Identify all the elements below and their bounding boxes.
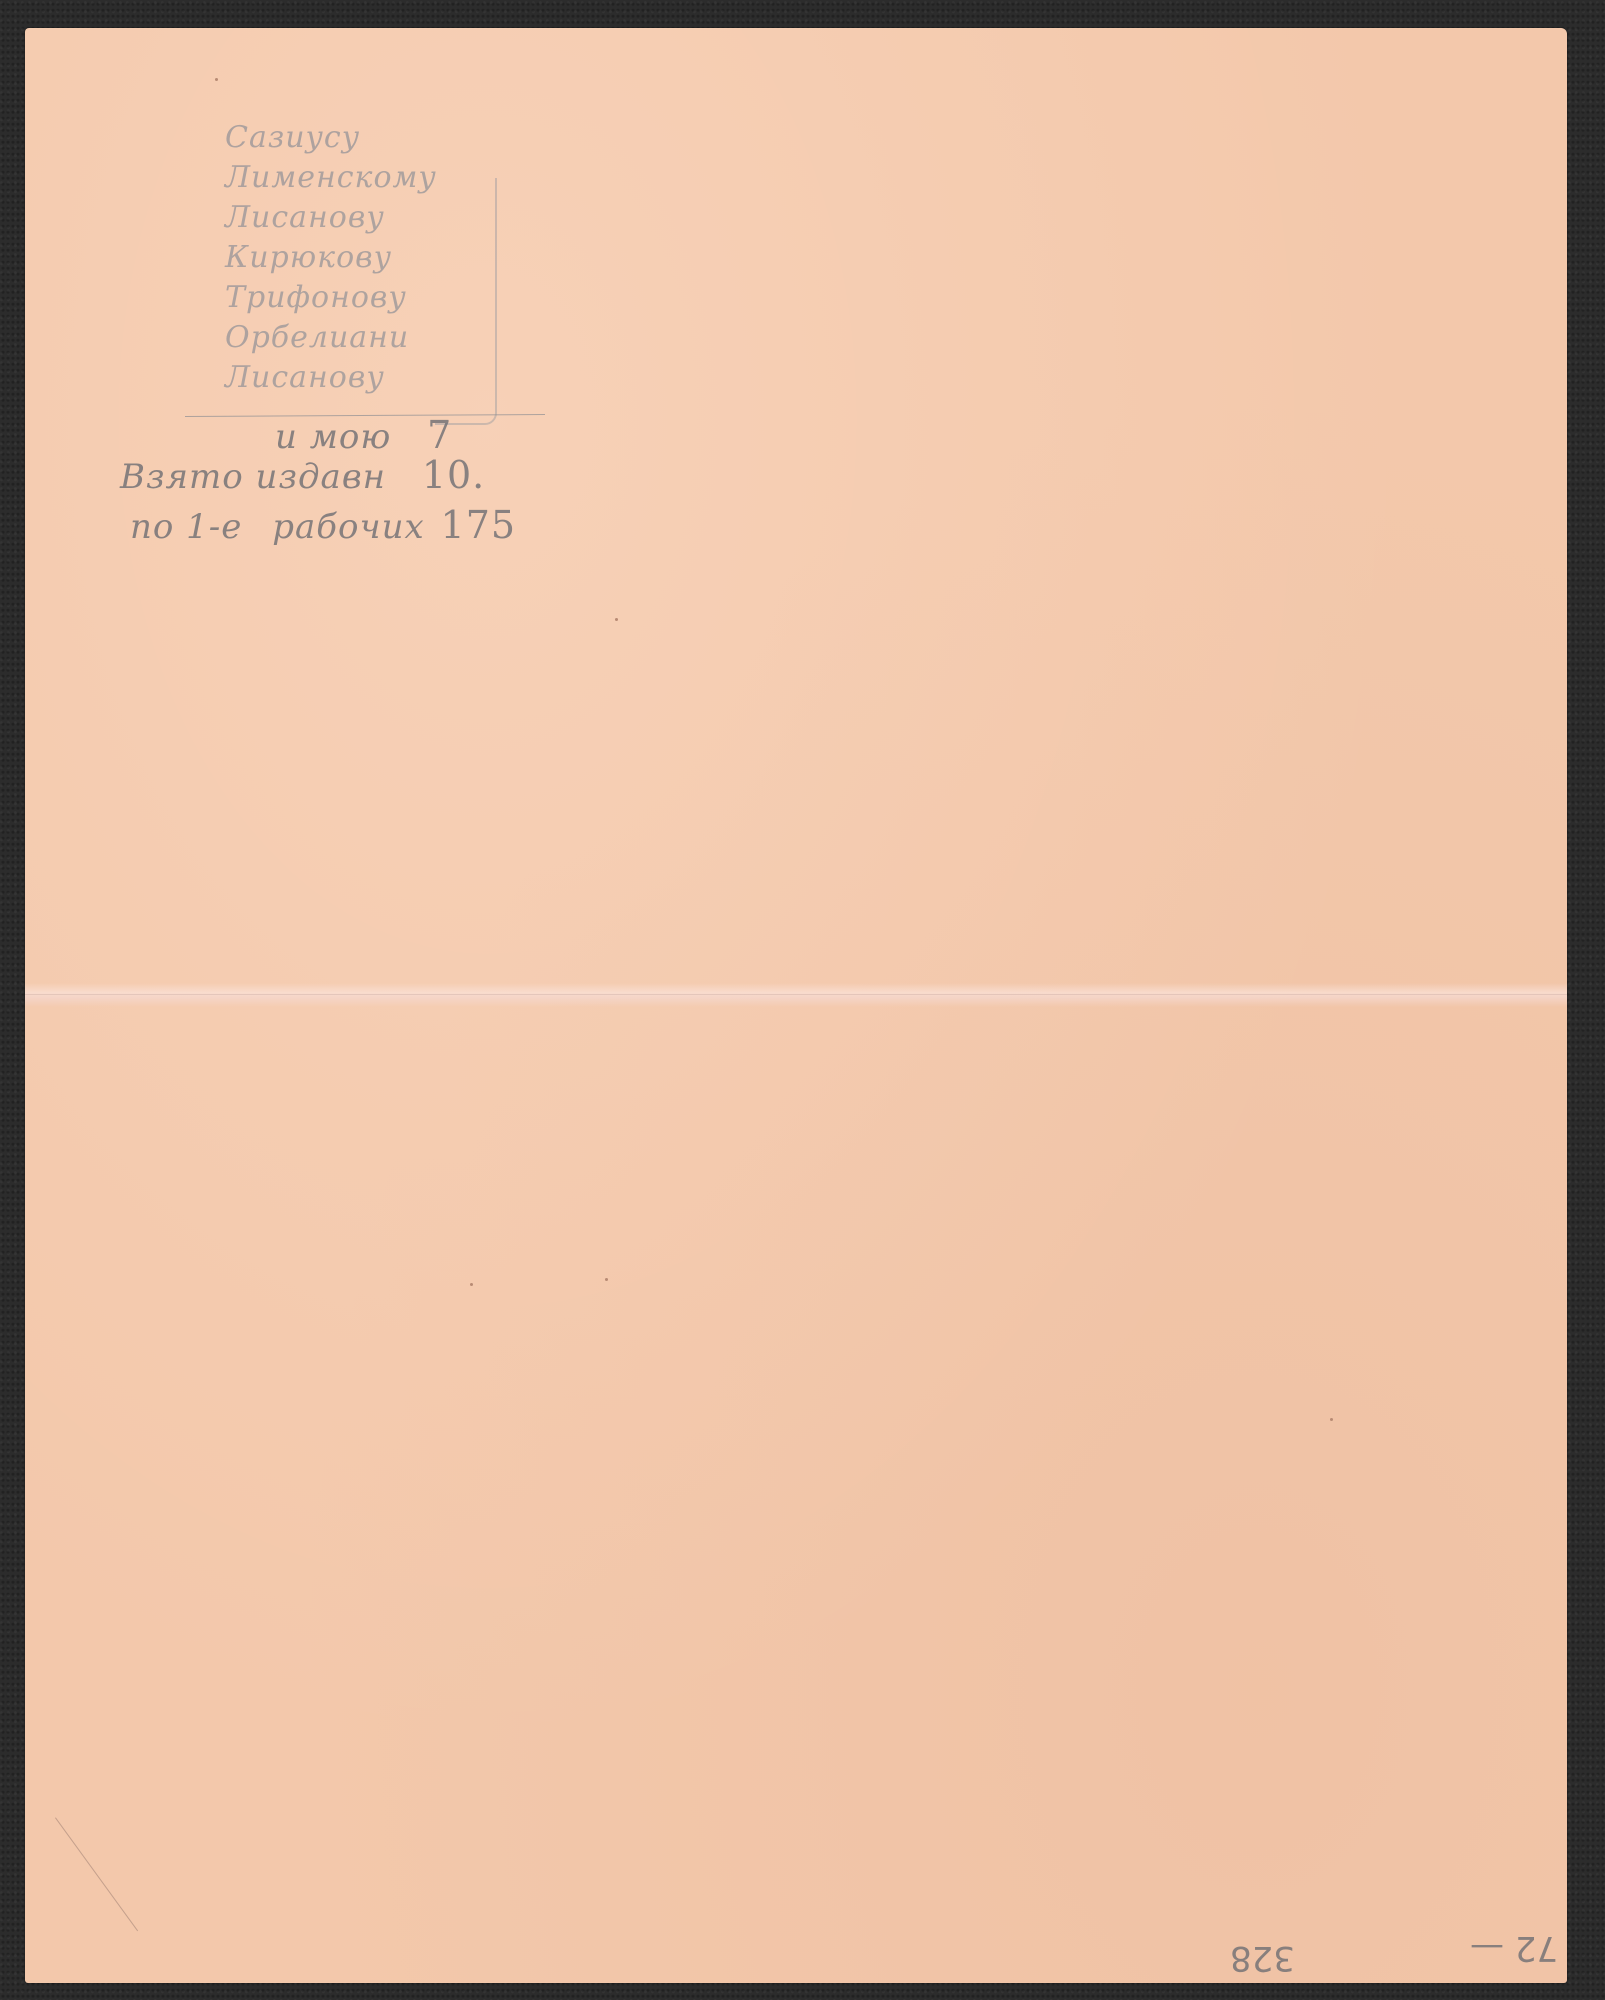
- paper-speck: [615, 618, 618, 621]
- tally-label: по 1-е: [130, 507, 242, 547]
- bracket-mark: [435, 178, 497, 425]
- fold-band: [25, 983, 1567, 1007]
- paper-speck: [215, 78, 218, 81]
- tally-line-3: по 1-е рабочих 175: [130, 503, 516, 549]
- paper-speck: [1330, 1418, 1333, 1421]
- name-entry: Лименскому: [225, 158, 437, 198]
- names-list: Сазиусу Лименскому Лисанову Кирюкову Три…: [225, 118, 437, 398]
- tally-value: 10.: [422, 453, 485, 497]
- tally-value: 7: [427, 413, 452, 457]
- name-entry: Орбелиани: [225, 318, 437, 358]
- name-entry: Кирюкову: [225, 238, 437, 278]
- tally-label: и мою: [275, 417, 391, 457]
- document-sheet: Сазиусу Лименскому Лисанову Кирюкову Три…: [25, 28, 1567, 1983]
- name-entry: Лисанову: [225, 358, 437, 398]
- name-entry: Лисанову: [225, 198, 437, 238]
- paper-speck: [605, 1278, 608, 1281]
- folio-number-mark: 72 —: [1470, 1928, 1558, 1968]
- archive-number-mark: 328: [1230, 1938, 1295, 1978]
- corner-crease: [55, 1817, 138, 1931]
- name-entry: Трифонову: [225, 278, 437, 318]
- name-entry: Сазиусу: [225, 118, 437, 158]
- paper-speck: [470, 1283, 473, 1286]
- tally-value: 175: [441, 503, 517, 547]
- tally-middle: рабочих: [272, 507, 424, 547]
- tally-label: Взято издавн: [120, 457, 386, 497]
- tally-line-2: Взято издавн 10.: [120, 453, 485, 499]
- fold-crease: [25, 994, 1567, 995]
